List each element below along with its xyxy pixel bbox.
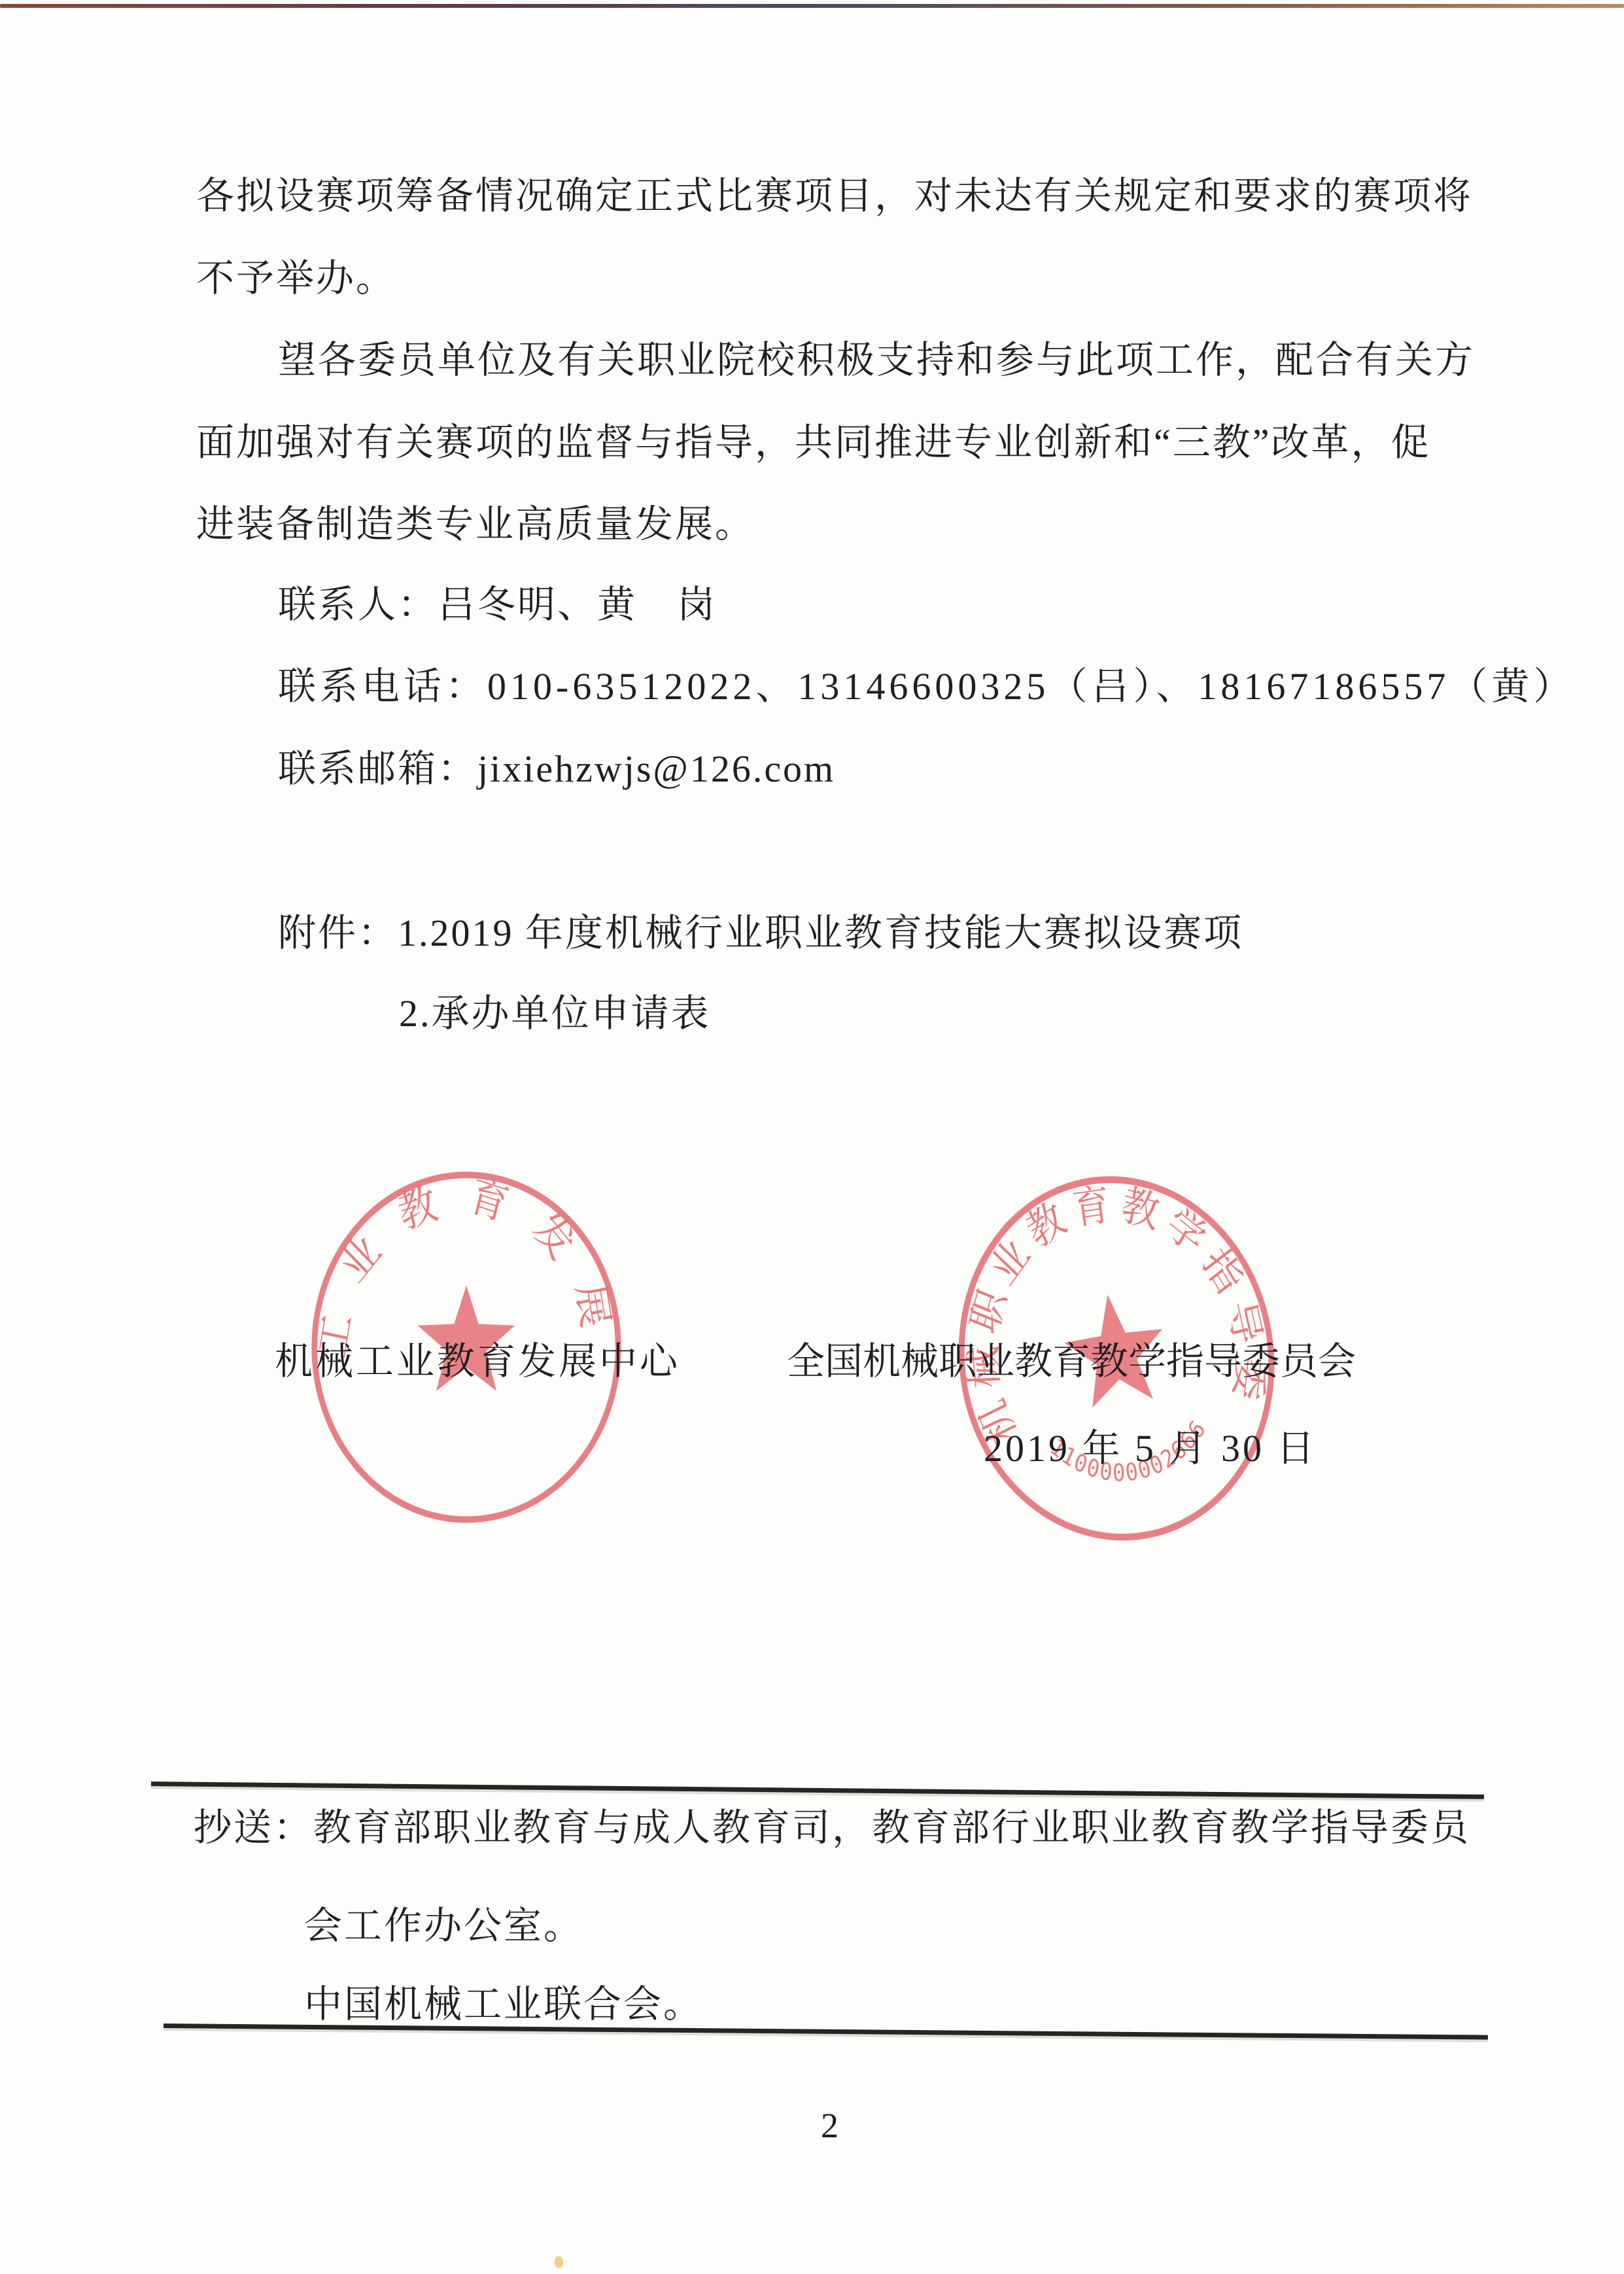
svg-text:全国机械职业教育教学指导委员会: 全国机械职业教育教学指导委员会: [929, 1148, 1279, 1457]
attachment-line: 附件：1.2019 年度机械行业职业教育技能大赛拟设赛项: [278, 912, 1243, 954]
body-line: 各拟设赛项筹备情况确定正式比赛项目，对未达有关规定和要求的赛项将: [196, 175, 1473, 217]
contact-email-line: 联系邮箱：jixiehzwjs@126.com: [278, 748, 835, 790]
seal-ring-text: 全国机械职业教育教学指导委员会: [929, 1148, 1279, 1457]
footer-divider-top: [151, 1782, 1484, 1799]
body-line: 面加强对有关赛项的监督与指导，共同推进专业创新和“三教”改革，促: [196, 422, 1431, 464]
cc-line: 会工作办公室。: [304, 1905, 583, 1947]
body-line: 不予举办。: [196, 258, 396, 300]
body-line: 望各委员单位及有关职业院校积极支持和参与此项工作，配合有关方: [278, 339, 1475, 381]
footer-divider-bottom: [164, 2024, 1488, 2040]
scan-edge-artifact: [0, 4, 1624, 8]
scan-speck-artifact: [555, 2256, 563, 2268]
signing-org-left: 机械工业教育发展中心: [275, 1341, 680, 1383]
attachment-line: 2.承办单位申请表: [399, 993, 711, 1035]
cc-line: 中国机械工业联合会。: [304, 1984, 703, 2025]
contact-phone-line: 联系电话：010-63512022、13146600325（吕）、1816718…: [278, 666, 1575, 708]
signing-org-right: 全国机械职业教育教学指导委员会: [787, 1341, 1356, 1383]
cc-line: 抄送：教育部职业教育与成人教育司，教育部行业职业教育教学指导委员: [194, 1807, 1470, 1849]
page-number: 2: [821, 2105, 838, 2146]
scanned-document-page: 各拟设赛项筹备情况确定正式比赛项目，对未达有关规定和要求的赛项将 不予举办。 望…: [0, 0, 1624, 2274]
body-line: 进装备制造类专业高质量发展。: [196, 504, 755, 545]
contact-person-line: 联系人：吕冬明、黄 岗: [278, 584, 717, 626]
signature-date: 2019 年 5 月 30 日: [984, 1428, 1317, 1470]
